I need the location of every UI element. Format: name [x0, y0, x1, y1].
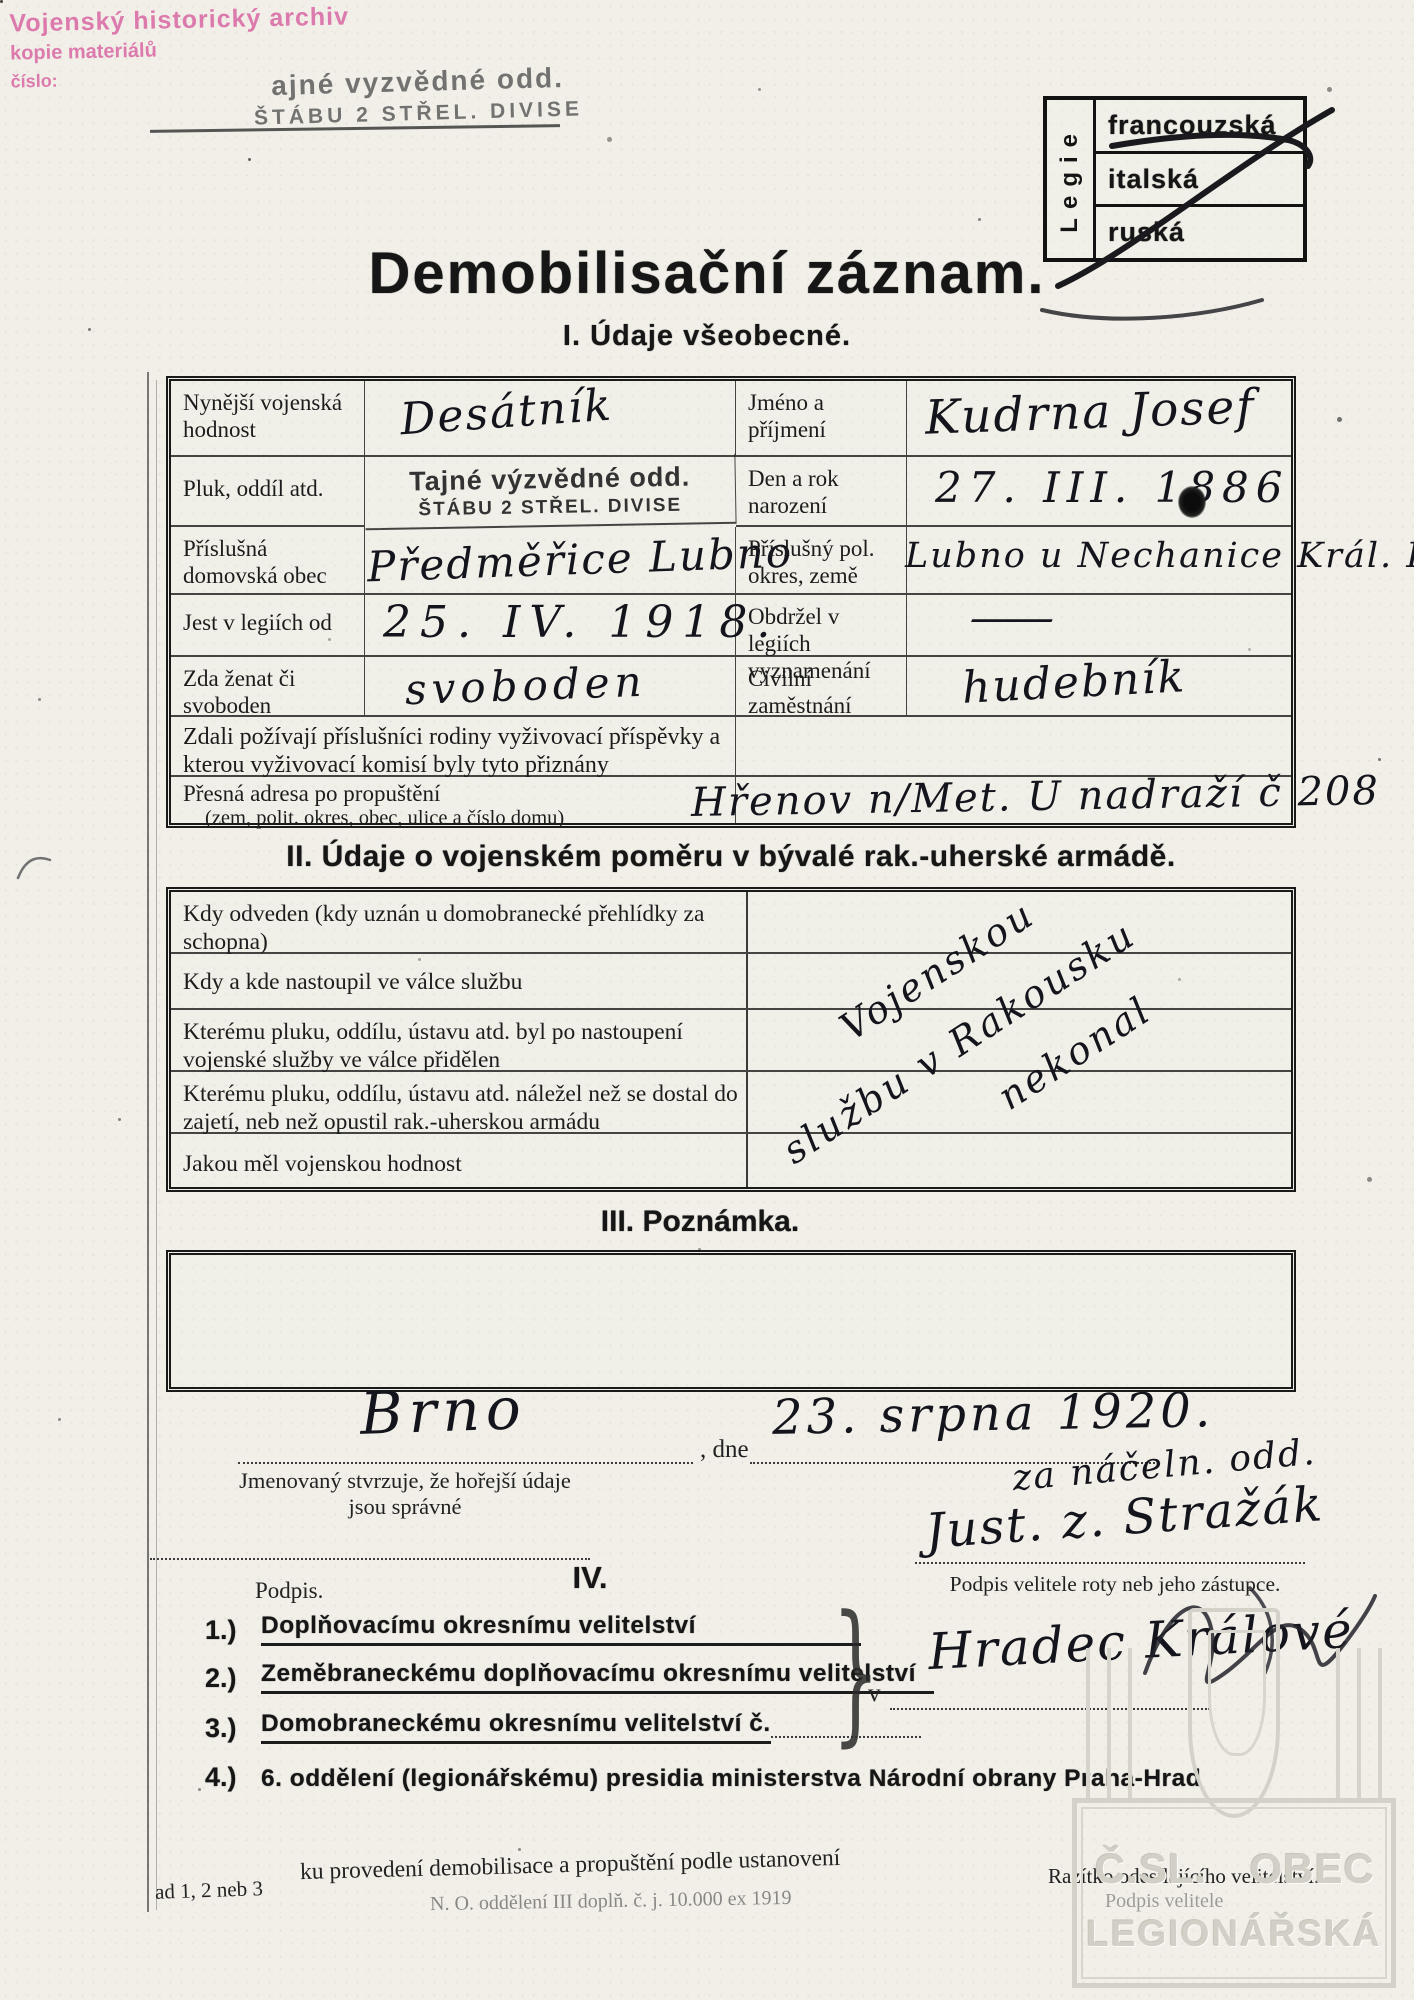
section2-table: Kdy odveden (kdy uznán u domobranecké př… [166, 887, 1296, 1192]
field-label-okres: Příslušný pol. okres, země [736, 527, 907, 595]
scanned-demobilization-form: Vojenský historický archiv kopie materiá… [0, 0, 1414, 2000]
archive-stamp-line2: kopie materiálů [10, 35, 350, 65]
section2-row3-label: Kterému pluku, oddílu, ústavu atd. byl p… [171, 1010, 748, 1070]
item3-text: Domobraneckému okresnímu velitelství č. [261, 1710, 771, 1744]
field-value-adresa: Hřenov n/Met. U nadraží č 208 [736, 777, 1291, 823]
unit-stamp-cell-line2: ŠTÁBU 2 STŘEL. DIVISE [418, 494, 682, 521]
section2-row5-label: Jakou měl vojenskou hodnost [171, 1134, 748, 1187]
field-value-zenat: svoboden [365, 657, 736, 717]
provision-note-line1: ku provedení demobilisace a propuštění p… [300, 1845, 841, 1886]
unit-stamp-cell-line1: Tajné výzvědné odd. [409, 461, 691, 497]
field-value-legie-od: 25. IV. 1918. [365, 595, 736, 657]
watermark-text-obec: OBEC [1250, 1845, 1375, 1893]
field-label-hodnost: Nynější vojenská hodnost [171, 381, 365, 457]
field-label-narozeni: Den a rok narození [736, 457, 907, 527]
field-label-pluk: Pluk, oddíl atd. [171, 457, 365, 527]
section4-item-2: 2.) Zeměbraneckému doplňovacímu okresním… [205, 1660, 934, 1694]
margin-mark [12, 846, 56, 890]
section3-note-box [166, 1250, 1296, 1392]
hw-zamestnani: hudebník [961, 655, 1187, 711]
dne-label: , dne [700, 1436, 749, 1464]
field-label-zenat: Zda ženat či svoboden [171, 657, 365, 717]
place-dotted-line [238, 1460, 693, 1464]
provision-note-line2: N. O. oddělení III doplň. č. j. 10.000 e… [430, 1887, 792, 1916]
section3-heading: III. Poznámka. [400, 1205, 1000, 1239]
hw-vyznamenani-dash: — [968, 597, 1060, 639]
field-label-adresa-line2: (zem, polit. okres, obec, ulice a číslo … [183, 807, 729, 830]
hw-narozeni: 27. III. 1886 [935, 467, 1290, 509]
section1-heading: I. Údaje všeobecné. [0, 320, 1414, 353]
paper-specks [0, 0, 3, 3]
watermark-text-legionarska: LEGIONÁŘSKÁ [1083, 1913, 1385, 1955]
field-label-legie-od: Jest v legiích od [171, 595, 365, 657]
section2-row1-label: Kdy odveden (kdy uznán u domobranecké př… [171, 892, 748, 952]
grouping-brace: } [832, 1596, 880, 1749]
field-value-jmeno: Kudrna Josef [907, 381, 1291, 457]
archive-stamp-line1: Vojenský historický archiv [9, 2, 349, 38]
watermark-columns-left [1086, 1648, 1132, 1798]
field-label-zamestnani: Civilní zaměstnání [736, 657, 907, 717]
section4-heading: IV. [545, 1560, 635, 1596]
field-value-okres: Lubno u Nechanice Král. Hr. [907, 527, 1291, 595]
item2-number: 2.) [205, 1663, 261, 1694]
section4-item-1: 1.) Doplňovacímu okresnímu velitelství [205, 1612, 861, 1646]
section2-row4-label: Kterému pluku, oddílu, ústavu atd. nálež… [171, 1072, 748, 1132]
podpis-dotted-line [150, 1556, 590, 1560]
field-value-hodnost: Desátník [365, 381, 736, 457]
field-label-vyznamenani: Obdržel v legiích vyznamenání [736, 595, 907, 657]
ink-blot [1178, 486, 1206, 518]
hw-date: 23. srpna 1920. [772, 1386, 1215, 1442]
page-title: Demobilisační záznam. [0, 240, 1414, 307]
field-label-adresa-line1: Přesná adresa po propuštění [183, 781, 729, 807]
hw-jmeno: Kudrna Josef [924, 383, 1256, 442]
confirmation-line1: Jmenovaný stvrzuje, že hořejší údaje [170, 1468, 640, 1494]
field-value-narozeni: 27. III. 1886 [907, 457, 1291, 527]
item3-number: 3.) [205, 1713, 261, 1744]
hw-obec: Předměřice Lubno [366, 532, 793, 589]
podpis-label: Podpis. [255, 1578, 323, 1604]
field-value-zamestnani: hudebník [907, 657, 1291, 717]
field-label-jmeno: Jméno a příjmení [736, 381, 907, 457]
hw-legie-od: 25. IV. 1918. [383, 601, 779, 645]
field-label-prispevky: Zdali požívají příslušníci rodiny vyživo… [171, 717, 736, 777]
hw-hodnost: Desátník [399, 384, 614, 443]
hw-zenat: svoboden [404, 661, 647, 711]
hw-deputy-signature: Just. z. Stražák [924, 1480, 1326, 1556]
field-label-adresa: Přesná adresa po propuštění (zem, polit.… [171, 777, 736, 823]
item4-text: 6. oddělení (legionářskému) presidia min… [261, 1765, 1201, 1793]
item4-number: 4.) [205, 1762, 261, 1793]
field-value-obec: Předměřice Lubno [365, 527, 736, 595]
watermark-shield [1188, 1608, 1280, 1818]
confirmation-text: Jmenovaný stvrzuje, že hořejší údaje jso… [170, 1468, 640, 1520]
hw-okres: Lubno u Nechanice Král. Hr. [905, 539, 1414, 574]
unit-stamp: ajné vyzvědné odd. ŠTÁBU 2 STŘEL. DIVISE [247, 61, 589, 130]
field-value-pluk: Tajné výzvědné odd. ŠTÁBU 2 STŘEL. DIVIS… [364, 454, 736, 530]
v-label: v [868, 1680, 881, 1708]
hw-place: Brno [359, 1379, 528, 1443]
section2-row2-label: Kdy a kde nastoupil ve válce službu [171, 954, 748, 1008]
field-value-vyznamenani: — [907, 595, 1291, 657]
section4-item-4: 4.) 6. oddělení (legionářskému) presidia… [205, 1762, 1201, 1793]
field-value-prispevky [736, 717, 1291, 777]
left-margin-rule-inner [156, 380, 157, 1910]
item1-number: 1.) [205, 1615, 261, 1646]
left-margin-rule [147, 372, 149, 1912]
field-label-obec: Příslušná domovská obec [171, 527, 365, 595]
legion-watermark: Č.SL. OBEC LEGIONÁŘSKÁ [1072, 1648, 1396, 1988]
section1-table: Nynější vojenská hodnost Desátník Jméno … [166, 376, 1296, 828]
item1-text: Doplňovacímu okresnímu velitelství [261, 1612, 861, 1646]
watermark-frame: Č.SL. OBEC LEGIONÁŘSKÁ [1072, 1798, 1396, 1988]
confirmation-line2: jsou správné [170, 1494, 640, 1520]
ad-note: ad 1, 2 neb 3 [155, 1876, 264, 1905]
section2-heading: II. Údaje o vojenském poměru v bývalé ra… [166, 840, 1296, 874]
hw-adresa: Hřenov n/Met. U nadraží č 208 [691, 771, 1380, 823]
section4-item-3: 3.) Domobraneckému okresnímu velitelství… [205, 1710, 921, 1744]
watermark-text-csl: Č.SL. [1095, 1845, 1207, 1893]
watermark-columns-right [1336, 1648, 1382, 1798]
commander-dotted-line [915, 1560, 1305, 1564]
